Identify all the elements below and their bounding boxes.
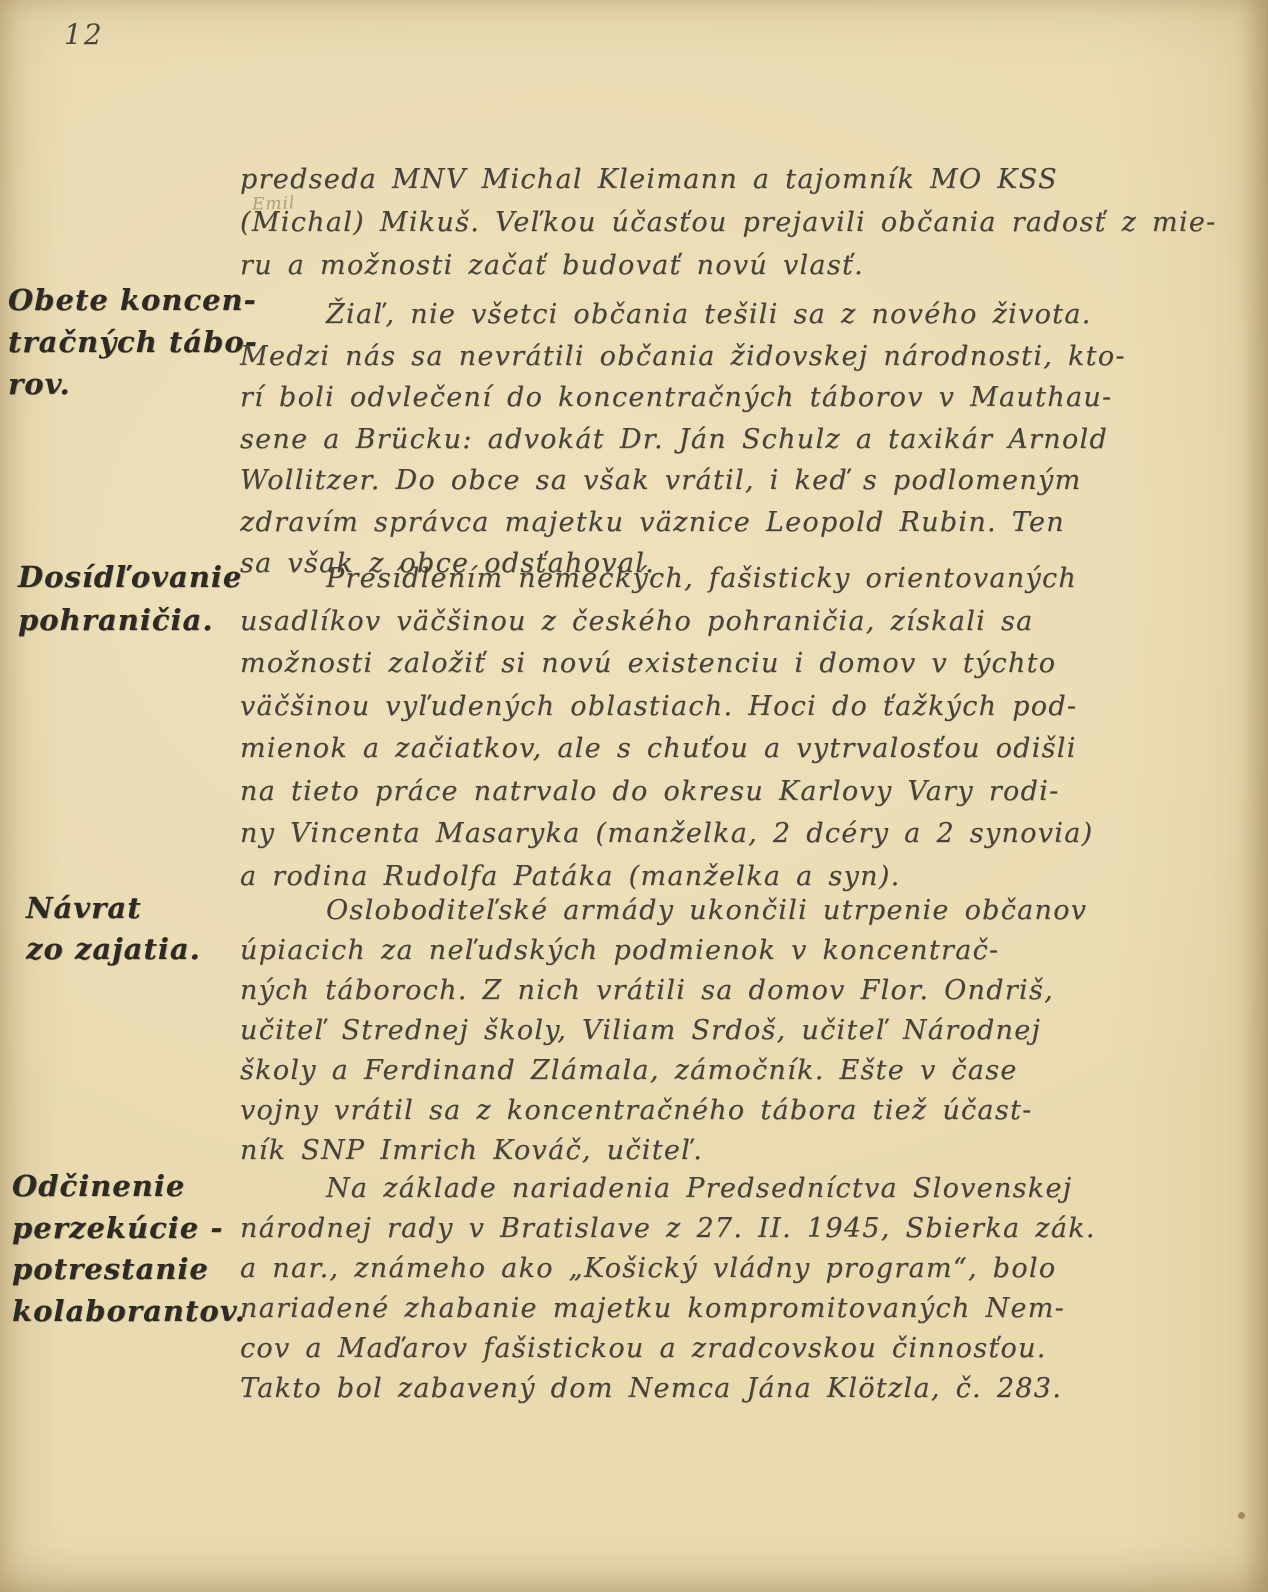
- heading-line: zo zajatia.: [26, 929, 261, 970]
- handwritten-line: Presídlením nemeckých, fašisticky orient…: [240, 558, 1200, 601]
- paragraph-obete-koncentracnych-taborov: Žiaľ, nie všetci občania tešili sa z nov…: [240, 294, 1200, 585]
- heading-line: pohraničia.: [18, 599, 253, 642]
- handwritten-line: Osloboditeľské armády ukončili utrpenie …: [240, 891, 1200, 931]
- handwritten-line: sene a Brücku: advokát Dr. Ján Schulz a …: [240, 419, 1200, 461]
- handwritten-line: Takto bol zabavený dom Nemca Jána Klötzl…: [240, 1369, 1200, 1409]
- paragraph-dosidlovanie-pohranicia: Presídlením nemeckých, fašisticky orient…: [240, 558, 1200, 898]
- heading-line: perzekúcie -: [12, 1208, 247, 1250]
- margin-heading-odcinenie-perzekucie: Odčinenie perzekúcie - potrestanie kolab…: [12, 1166, 247, 1332]
- page-number: 12: [64, 18, 104, 51]
- handwritten-line: a nar., známeho ako „Košický vládny prog…: [240, 1249, 1200, 1289]
- heading-line: Odčinenie: [12, 1166, 247, 1208]
- margin-heading-navrat-zo-zajatia: Návrat zo zajatia.: [26, 888, 261, 970]
- handwritten-line: väčšinou vyľudených oblastiach. Hoci do …: [240, 686, 1200, 729]
- heading-line: Dosídľovanie: [18, 556, 253, 599]
- margin-heading-obete-koncentracnych-taborov: Obete koncen- tračných tábo- rov.: [8, 279, 243, 405]
- handwritten-line: učiteľ Strednej školy, Viliam Srdoš, uči…: [240, 1011, 1200, 1051]
- handwritten-line: mienok a začiatkov, ale s chuťou a vytrv…: [240, 728, 1200, 771]
- handwritten-line: nariadené zhabanie majetku kompromitovan…: [240, 1289, 1200, 1329]
- handwritten-line: ník SNP Imrich Kováč, učiteľ.: [240, 1131, 1200, 1171]
- heading-line: Obete koncen-: [8, 279, 243, 321]
- heading-line: kolaborantov.: [12, 1291, 247, 1333]
- margin-heading-dosidlovanie-pohranicia: Dosídľovanie pohraničia.: [18, 556, 253, 642]
- handwritten-line: úpiacich za neľudských podmienok v konce…: [240, 931, 1200, 971]
- handwritten-line: predseda MNV Michal Kleimann a tajomník …: [240, 158, 1200, 201]
- handwritten-line: cov a Maďarov fašistickou a zradcovskou …: [240, 1329, 1200, 1369]
- handwritten-line: národnej rady v Bratislave z 27. II. 194…: [240, 1209, 1200, 1249]
- handwritten-line: školy a Ferdinand Zlámala, zámočník. Ešt…: [240, 1051, 1200, 1091]
- handwritten-line: ru a možnosti začať budovať novú vlasť.: [240, 244, 1200, 287]
- handwritten-line: rí boli odvlečení do koncentračných tábo…: [240, 377, 1200, 419]
- handwritten-line: ny Vincenta Masaryka (manželka, 2 dcéry …: [240, 813, 1200, 856]
- handwritten-line: (Michal) Mikuš. Veľkou účasťou prejavili…: [240, 201, 1200, 244]
- handwritten-line: Žiaľ, nie všetci občania tešili sa z nov…: [240, 294, 1200, 336]
- handwritten-line: na tieto práce natrvalo do okresu Karlov…: [240, 771, 1200, 814]
- heading-line: rov.: [8, 363, 243, 405]
- heading-line: tračných tábo-: [8, 321, 243, 363]
- handwritten-line: Na základe nariadenia Predsedníctva Slov…: [240, 1169, 1200, 1209]
- paragraph-continuation: predseda MNV Michal Kleimann a tajomník …: [240, 158, 1200, 287]
- handwritten-line: Medzi nás sa nevrátili občania židovskej…: [240, 336, 1200, 378]
- paragraph-navrat-zo-zajatia: Osloboditeľské armády ukončili utrpenie …: [240, 891, 1200, 1171]
- handwritten-line: ných táboroch. Z nich vrátili sa domov F…: [240, 971, 1200, 1011]
- handwritten-line: vojny vrátil sa z koncentračného tábora …: [240, 1091, 1200, 1131]
- handwritten-line: Wollitzer. Do obce sa však vrátil, i keď…: [240, 460, 1200, 502]
- paper-speck: [1238, 1512, 1245, 1519]
- handwritten-line: usadlíkov väčšinou z českého pohraničia,…: [240, 601, 1200, 644]
- heading-line: Návrat: [26, 888, 261, 929]
- handwritten-line: zdravím správca majetku väznice Leopold …: [240, 502, 1200, 544]
- handwritten-line: možnosti založiť si novú existenciu i do…: [240, 643, 1200, 686]
- heading-line: potrestanie: [12, 1249, 247, 1291]
- paragraph-odcinenie-perzekucie: Na základe nariadenia Predsedníctva Slov…: [240, 1169, 1200, 1409]
- chronicle-scanned-page: 12 Emil Obete koncen- tračných tábo- rov…: [0, 0, 1268, 1592]
